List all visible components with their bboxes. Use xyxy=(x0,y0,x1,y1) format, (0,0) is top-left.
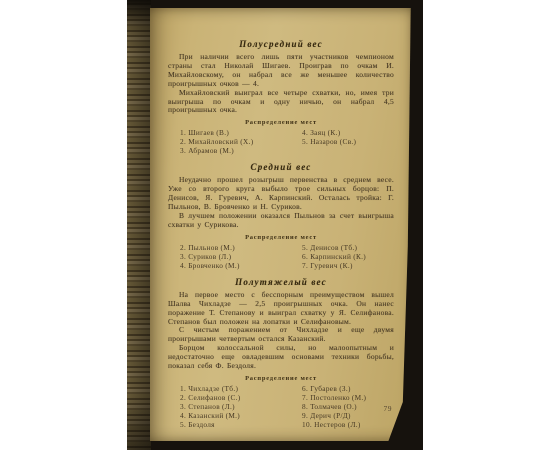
placement-item: 5. Назаров (Св.) xyxy=(302,137,394,146)
placement-item: 4. Заяц (К.) xyxy=(302,128,394,137)
book-page: Полусредний вес При наличии всего лишь п… xyxy=(150,8,412,441)
paragraph: Борцом колоссальной силы, но малоопытным… xyxy=(168,344,394,371)
placements-list: 2. Пыльнов (М.) 3. Суриков (Л.) 4. Бровч… xyxy=(168,243,394,270)
page-content: Полусредний вес При наличии всего лишь п… xyxy=(168,32,394,429)
section-welterweight: Полусредний вес При наличии всего лишь п… xyxy=(168,39,394,155)
placement-item: 5. Бездоля xyxy=(180,420,302,429)
placement-item: 7. Постоленко (М.) xyxy=(302,393,394,402)
paragraph: С чистым поражением от Чихладзе и еще дв… xyxy=(168,326,394,344)
book-photo: Полусредний вес При наличии всего лишь п… xyxy=(127,0,423,450)
section-heading: Средний вес xyxy=(168,162,394,172)
placement-item: 6. Губарев (З.) xyxy=(302,384,394,393)
placement-item: 7. Гуревич (К.) xyxy=(302,261,394,270)
paragraph: В лучшем положении оказался Пыльнов за с… xyxy=(168,212,394,230)
placement-item: 9. Дерич (Р/Д) xyxy=(302,411,394,420)
placement-item: 1. Чихладзе (Тб.) xyxy=(180,384,302,393)
placement-item: 3. Суриков (Л.) xyxy=(180,252,302,261)
page-number: 79 xyxy=(384,404,393,413)
section-light-heavyweight: Полутяжелый вес На первое место с бесспо… xyxy=(168,277,394,429)
placement-item: 2. Пыльнов (М.) xyxy=(180,243,302,252)
spine-shadow xyxy=(127,0,151,450)
placement-item: 1. Шигаев (В.) xyxy=(180,128,302,137)
placement-item: 10. Нестеров (Л.) xyxy=(302,420,394,429)
placement-item: 4. Казанский (М.) xyxy=(180,411,302,420)
placements-title: Распределение мест xyxy=(168,119,394,126)
placement-item: 5. Денисов (Тб.) xyxy=(302,243,394,252)
placement-item: 8. Толмачев (О.) xyxy=(302,402,394,411)
paragraph: На первое место с бесспорным преимуществ… xyxy=(168,291,394,327)
placement-item: 2. Селифанов (С.) xyxy=(180,393,302,402)
paragraph: Неудачно прошел розыгрыш первенства в ср… xyxy=(168,176,394,212)
section-middleweight: Средний вес Неудачно прошел розыгрыш пер… xyxy=(168,162,394,269)
placement-item: 3. Степанов (Л.) xyxy=(180,402,302,411)
section-heading: Полусредний вес xyxy=(168,39,394,49)
placements-list: 1. Чихладзе (Тб.) 2. Селифанов (С.) 3. С… xyxy=(168,384,394,429)
placements-title: Распределение мест xyxy=(168,234,394,241)
placement-item: 3. Абрамов (М.) xyxy=(180,146,302,155)
placements-list: 1. Шигаев (В.) 2. Михайловский (Х.) 3. А… xyxy=(168,128,394,155)
placements-title: Распределение мест xyxy=(168,375,394,382)
section-heading: Полутяжелый вес xyxy=(168,277,394,287)
placement-item: 2. Михайловский (Х.) xyxy=(180,137,302,146)
paragraph: Михайловский выиграл все четыре схватки,… xyxy=(168,89,394,116)
paragraph: При наличии всего лишь пяти участников ч… xyxy=(168,53,394,89)
placement-item: 6. Карпинский (К.) xyxy=(302,252,394,261)
placement-item: 4. Бровченко (М.) xyxy=(180,261,302,270)
